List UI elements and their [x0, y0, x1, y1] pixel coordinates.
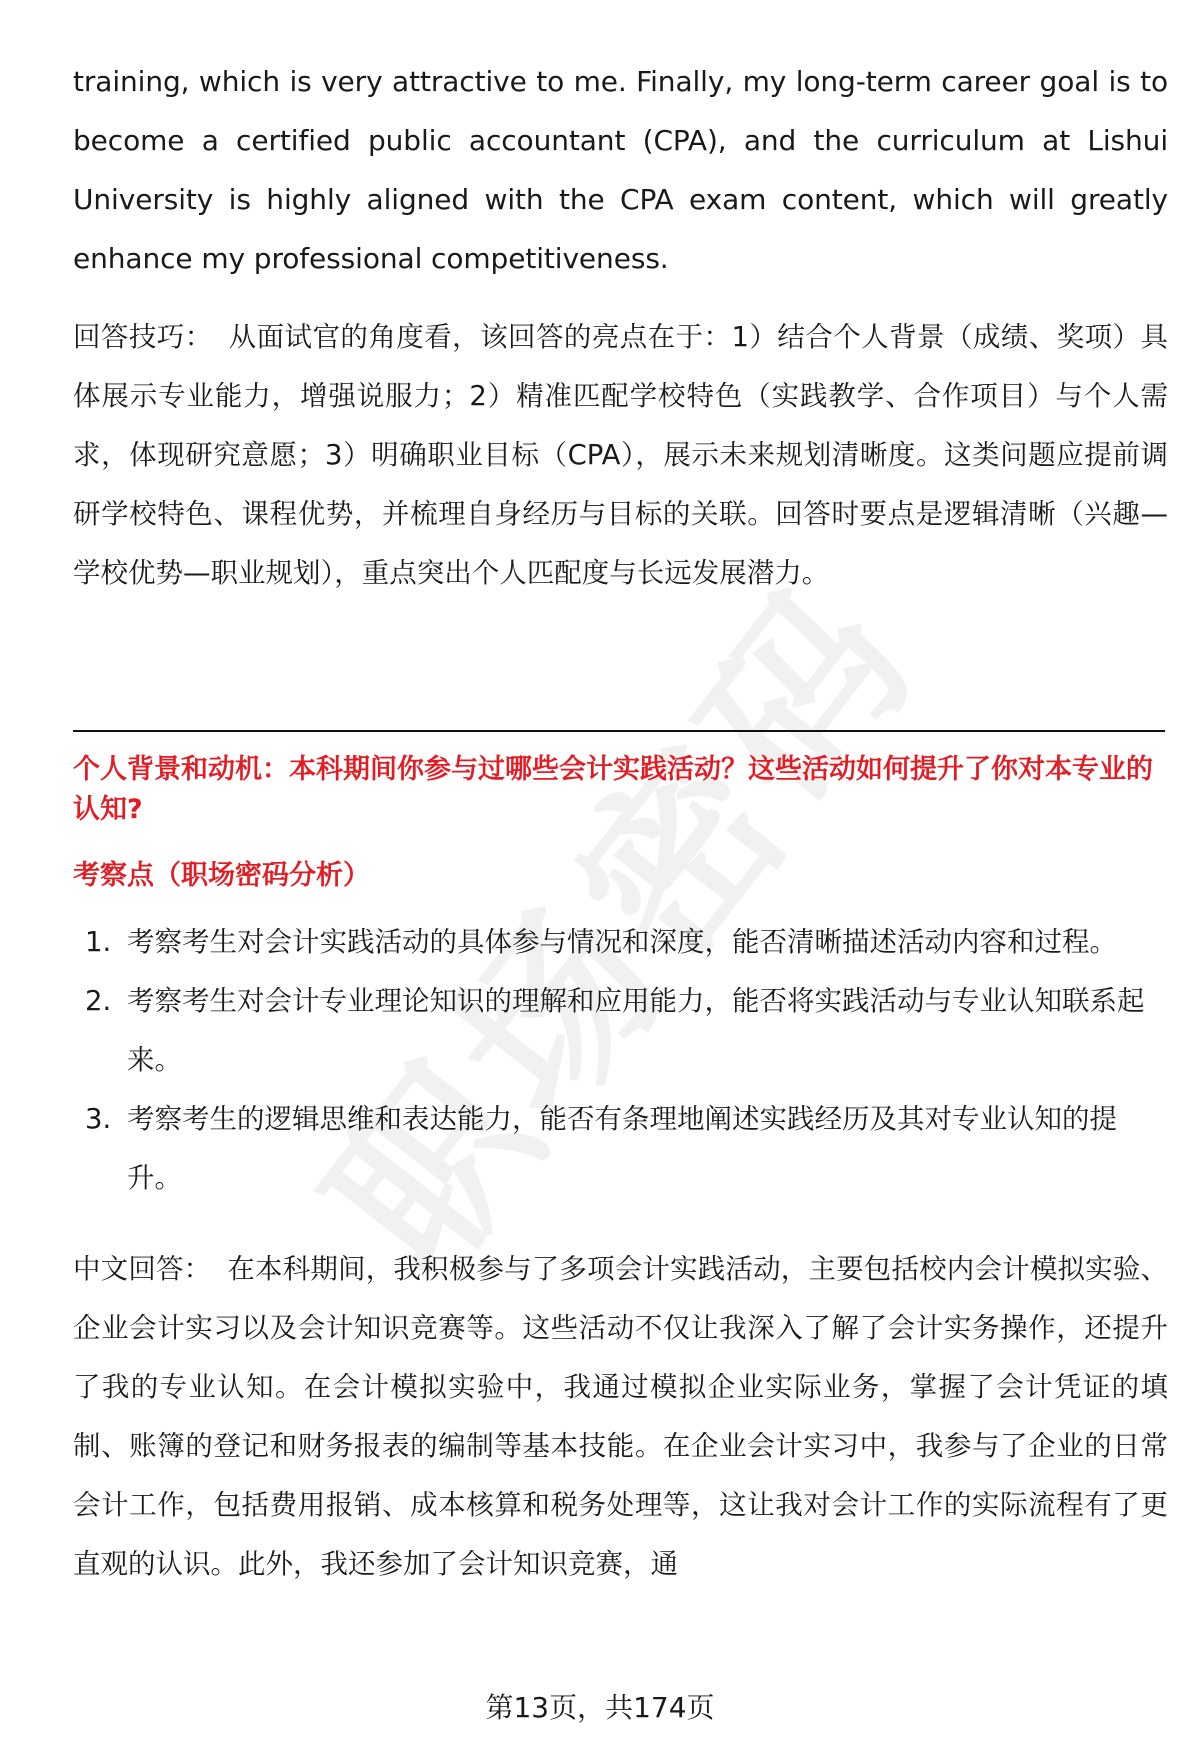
section-divider	[73, 730, 1165, 732]
spacer	[73, 288, 1168, 308]
analysis-heading: 考察点（职场密码分析）	[73, 856, 1168, 896]
chinese-answer-label: 中文回答：	[73, 1253, 211, 1285]
question-section: 个人背景和动机：本科期间你参与过哪些会计实践活动？这些活动如何提升了你对本专业的…	[73, 750, 1168, 1594]
document-page: 职场密码 training, which is very attractive …	[0, 0, 1200, 1755]
answer-tips-paragraph: 回答技巧：从面试官的角度看，该回答的亮点在于：1）结合个人背景（成绩、奖项）具体…	[73, 308, 1168, 603]
english-answer-tail: training, which is very attractive to me…	[73, 52, 1168, 288]
page-footer: 第13页，共174页	[0, 1688, 1200, 1728]
point-number: 1.	[85, 913, 111, 972]
point-text: 考察考生对会计专业理论知识的理解和应用能力，能否将实践活动与专业认知联系起来。	[127, 985, 1145, 1076]
analysis-point: 2. 考察考生对会计专业理论知识的理解和应用能力，能否将实践活动与专业认知联系起…	[73, 972, 1168, 1090]
analysis-point: 1. 考察考生对会计实践活动的具体参与情况和深度，能否清晰描述活动内容和过程。	[73, 913, 1168, 972]
answer-tips-text: 从面试官的角度看，该回答的亮点在于：1）结合个人背景（成绩、奖项）具体展示专业能…	[73, 321, 1168, 589]
point-text: 考察考生对会计实践活动的具体参与情况和深度，能否清晰描述活动内容和过程。	[127, 926, 1117, 958]
previous-answer-section: training, which is very attractive to me…	[73, 52, 1168, 603]
question-heading: 个人背景和动机：本科期间你参与过哪些会计实践活动？这些活动如何提升了你对本专业的…	[73, 750, 1168, 830]
analysis-point: 3. 考察考生的逻辑思维和表达能力，能否有条理地阐述实践经历及其对专业认知的提升…	[73, 1090, 1168, 1208]
analysis-points-list: 1. 考察考生对会计实践活动的具体参与情况和深度，能否清晰描述活动内容和过程。 …	[73, 913, 1168, 1208]
chinese-answer-text: 在本科期间，我积极参与了多项会计实践活动，主要包括校内会计模拟实验、企业会计实习…	[73, 1253, 1168, 1580]
point-number: 3.	[85, 1090, 111, 1149]
point-text: 考察考生的逻辑思维和表达能力，能否有条理地阐述实践经历及其对专业认知的提升。	[127, 1103, 1117, 1194]
chinese-answer-paragraph: 中文回答：在本科期间，我积极参与了多项会计实践活动，主要包括校内会计模拟实验、企…	[73, 1240, 1168, 1594]
point-number: 2.	[85, 972, 111, 1031]
answer-tips-label: 回答技巧：	[73, 321, 213, 353]
